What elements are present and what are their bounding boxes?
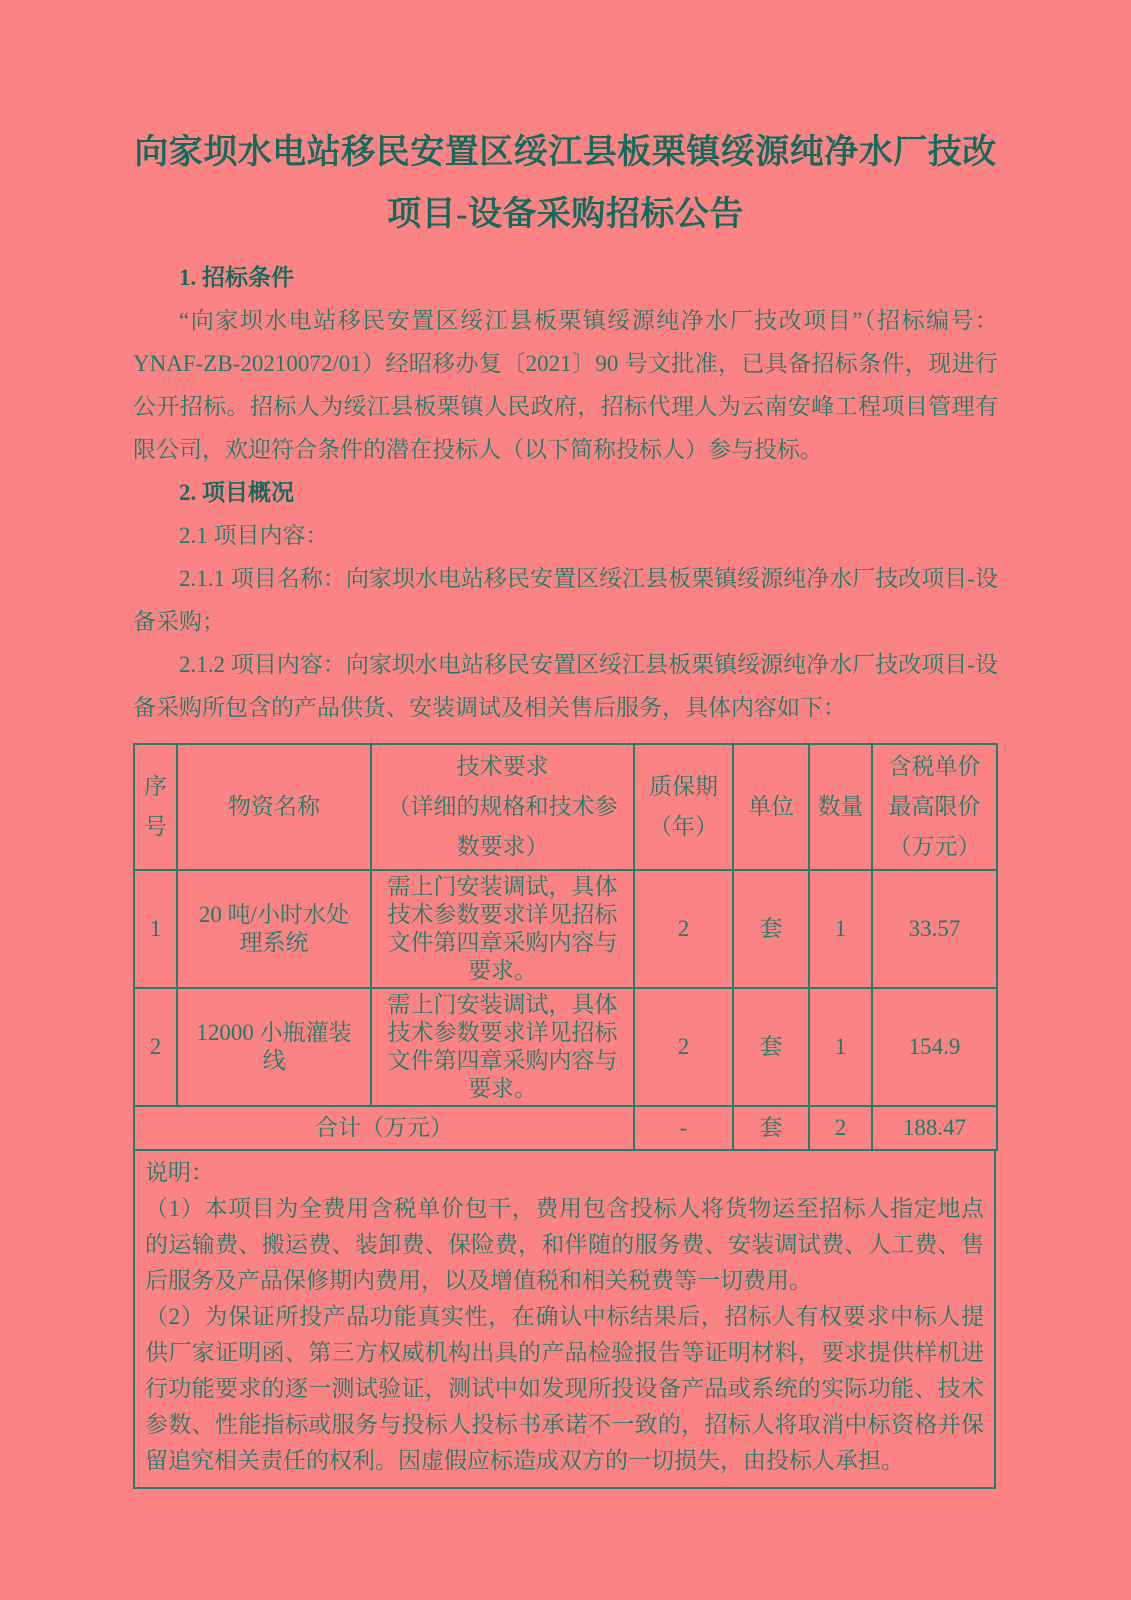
note-item-1: （1）本项目为全费用含税单价包干，费用包含投标人将货物运至招标人指定地点的运输费… bbox=[145, 1191, 984, 1299]
total-warranty: - bbox=[634, 1106, 733, 1150]
section-2-para-1: 2.1 项目内容： bbox=[133, 514, 998, 557]
cell-tech: 需上门安装调试，具体 技术参数要求详见招标 文件第四章采购内容与 要求。 bbox=[371, 988, 634, 1106]
cell-tech: 需上门安装调试，具体 技术参数要求详见招标 文件第四章采购内容与 要求。 bbox=[371, 870, 634, 988]
table-header-row: 序 号 物资名称 技术要求 （详细的规格和技术参 数要求） 质保期 （年） 单位… bbox=[134, 744, 997, 870]
note-item-2: （2）为保证所投产品功能真实性，在确认中标结果后，招标人有权要求中标人提供厂家证… bbox=[145, 1299, 984, 1479]
section-1-heading: 1. 招标条件 bbox=[133, 256, 998, 299]
notes-title: 说明： bbox=[145, 1155, 984, 1191]
cell-unit: 套 bbox=[733, 870, 809, 988]
document-page: 向家坝水电站移民安置区绥江县板栗镇绥源纯净水厂技改 项目-设备采购招标公告 1.… bbox=[0, 0, 1131, 1600]
cell-unit: 套 bbox=[733, 988, 809, 1106]
total-qty: 2 bbox=[809, 1106, 872, 1150]
cell-warranty: 2 bbox=[634, 870, 733, 988]
notes-box: 说明： （1）本项目为全费用含税单价包干，费用包含投标人将货物运至招标人指定地点… bbox=[133, 1149, 996, 1489]
col-header-warranty: 质保期 （年） bbox=[634, 744, 733, 870]
col-header-price: 含税单价 最高限价 （万元） bbox=[872, 744, 997, 870]
table-row-2: 2 12000 小瓶灌装 线 需上门安装调试，具体 技术参数要求详见招标 文件第… bbox=[134, 988, 997, 1106]
cell-price: 33.57 bbox=[872, 870, 997, 988]
cell-price: 154.9 bbox=[872, 988, 997, 1106]
col-header-unit: 单位 bbox=[733, 744, 809, 870]
cell-qty: 1 bbox=[809, 870, 872, 988]
section-2-para-3: 2.1.2 项目内容：向家坝水电站移民安置区绥江县板栗镇绥源纯净水厂技改项目-设… bbox=[133, 643, 998, 729]
section-1-paragraph: “向家坝水电站移民安置区绥江县板栗镇绥源纯净水厂技改项目”（招标编号：YNAF-… bbox=[133, 299, 998, 471]
col-header-name: 物资名称 bbox=[177, 744, 371, 870]
page-title: 向家坝水电站移民安置区绥江县板栗镇绥源纯净水厂技改 项目-设备采购招标公告 bbox=[133, 122, 998, 246]
total-price: 188.47 bbox=[872, 1106, 997, 1150]
table-total-row: 合计（万元） - 套 2 188.47 bbox=[134, 1106, 997, 1150]
total-label: 合计（万元） bbox=[134, 1106, 634, 1150]
title-line-2: 项目-设备采购招标公告 bbox=[133, 184, 998, 246]
cell-name: 12000 小瓶灌装 线 bbox=[177, 988, 371, 1106]
cell-seq: 2 bbox=[134, 988, 177, 1106]
total-unit: 套 bbox=[733, 1106, 809, 1150]
col-header-seq: 序 号 bbox=[134, 744, 177, 870]
title-line-1: 向家坝水电站移民安置区绥江县板栗镇绥源纯净水厂技改 bbox=[133, 122, 998, 184]
col-header-qty: 数量 bbox=[809, 744, 872, 870]
table-row-1: 1 20 吨/小时水处 理系统 需上门安装调试，具体 技术参数要求详见招标 文件… bbox=[134, 870, 997, 988]
procurement-table: 序 号 物资名称 技术要求 （详细的规格和技术参 数要求） 质保期 （年） 单位… bbox=[133, 743, 998, 1151]
cell-qty: 1 bbox=[809, 988, 872, 1106]
cell-warranty: 2 bbox=[634, 988, 733, 1106]
cell-name: 20 吨/小时水处 理系统 bbox=[177, 870, 371, 988]
cell-seq: 1 bbox=[134, 870, 177, 988]
section-2-para-2: 2.1.1 项目名称：向家坝水电站移民安置区绥江县板栗镇绥源纯净水厂技改项目-设… bbox=[133, 557, 998, 643]
col-header-tech: 技术要求 （详细的规格和技术参 数要求） bbox=[371, 744, 634, 870]
section-2-heading: 2. 项目概况 bbox=[133, 471, 998, 514]
